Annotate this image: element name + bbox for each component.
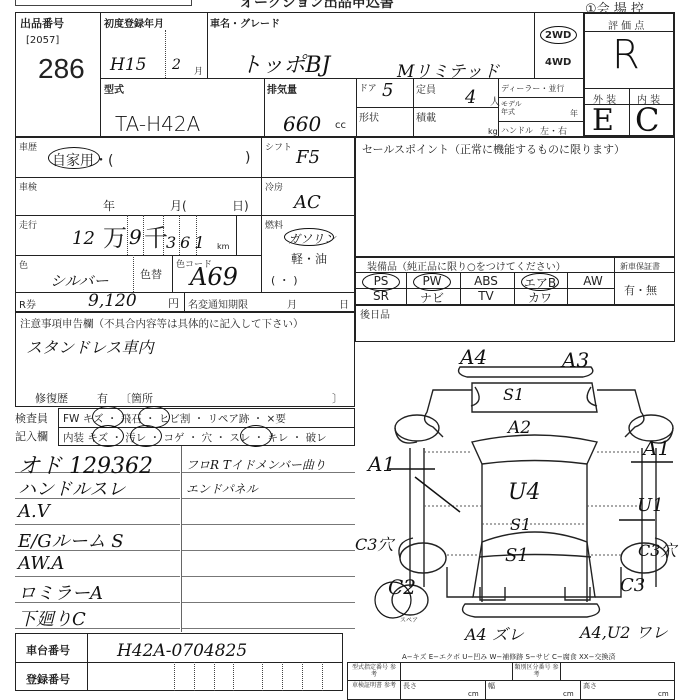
width-label: 幅 [488, 681, 495, 691]
shift-value: F5 [296, 147, 320, 168]
damage-mark: A1 [368, 452, 395, 476]
length-label: 長さ [403, 681, 417, 691]
repaint-label: 色替 [140, 266, 162, 282]
repair-place: 〔箇所 [120, 390, 153, 406]
displacement-unit: cc [335, 120, 346, 131]
model-label: 型式 [104, 81, 124, 96]
comment-rule [182, 602, 355, 603]
recycle-value: 9,120 [88, 291, 137, 311]
equipment-item[interactable]: カワ [517, 289, 563, 306]
circle-int-yogore [130, 425, 162, 447]
damage-mark: A1 [643, 436, 670, 460]
first-reg-year: H15 [110, 55, 146, 75]
displacement-value: 660 [283, 112, 321, 136]
lot-label: 出品番号 [20, 15, 64, 31]
transfer-day: 日 [339, 296, 349, 311]
comment-rule [182, 576, 355, 577]
damage-mark: S1 [510, 515, 531, 534]
load-label: 積載 [416, 109, 436, 124]
recycle-unit: 円 [168, 295, 179, 311]
fuel-paren: ( ・ ) [271, 272, 298, 288]
height-unit: cm [658, 690, 669, 698]
inspector-comment: ロミラーA [18, 579, 103, 605]
score-label: 評 価 点 [608, 17, 644, 32]
damage-mark: A3 [562, 348, 589, 372]
equipment-item[interactable]: AW [570, 274, 616, 288]
equipment-item[interactable]: ABS [463, 274, 509, 288]
handle-label: ハンドル [501, 125, 533, 136]
damage-mark: U4 [508, 480, 541, 505]
comment-rule [15, 524, 180, 525]
repair-has: 有 [97, 390, 108, 406]
comment-rule [182, 550, 355, 551]
color-value: シルバー [50, 270, 109, 291]
top-strip-left [15, 0, 192, 6]
inspector-comment: A.V [18, 501, 50, 522]
ac-label: 冷房 [265, 180, 283, 193]
drive-4wd[interactable]: 4WD [545, 57, 571, 68]
history-circle [48, 147, 100, 169]
model-year-unit: 年 [570, 108, 578, 119]
shape-label: 形状 [359, 109, 379, 124]
transfer-deadline-label: 名変通知期限 [188, 296, 248, 311]
type-number-label: 型式指定番号 参考 [350, 664, 398, 678]
equipment-label: 装備品（純正品に限り○をつけてください） [367, 258, 566, 273]
damage-mark: C3穴 [355, 532, 393, 555]
color-label: 色 [19, 258, 28, 271]
chassis-value: H42A-0704825 [117, 641, 247, 661]
repair-close: 〕 [332, 390, 343, 406]
first-reg-label: 初度登録年月 [104, 15, 164, 30]
inspection-year-unit: 年 [103, 197, 115, 214]
displacement-label: 排気量 [267, 81, 297, 96]
sales-point-label: セールスポイント（正常に機能するものに限ります） [362, 141, 625, 157]
length-unit: cm [468, 690, 479, 698]
inspector-comment: ハンドルスレ [18, 475, 125, 501]
inspector-comment-right: エンドパネル [186, 480, 258, 497]
equipment-item[interactable]: SR [358, 289, 404, 303]
registration-label: 登録番号 [26, 671, 70, 687]
aftermarket-box [355, 305, 675, 342]
handle-options[interactable]: 左・右 [540, 124, 567, 137]
capacity-label: 定員 [416, 81, 436, 96]
comment-rule [182, 524, 355, 525]
mileage-man: 12 [72, 228, 95, 249]
shift-label: シフト [265, 140, 292, 153]
repair-history-label: 修復歴 [35, 390, 68, 406]
circle-int-sure [240, 425, 272, 447]
mileage-man-unit: 万 [103, 218, 127, 253]
fuel-selected-circle [284, 228, 334, 246]
damage-mark: A4,U2 ワレ [580, 620, 668, 643]
history-label: 車歴 [19, 140, 37, 153]
height-label: 高さ [583, 681, 597, 691]
color-code-value: A69 [190, 263, 238, 291]
damage-mark: A4 [460, 345, 487, 369]
aftermarket-label: 後日品 [360, 306, 390, 321]
inspection-day-unit: 日) [232, 197, 249, 214]
damage-mark: U1 [637, 495, 664, 516]
car-name-value: トッポBJ [240, 48, 330, 79]
sheet-title: オークション出品申込書 [240, 0, 394, 12]
inspector-comment: 下廻りC [18, 605, 86, 631]
inspection-label: 車検 [19, 180, 37, 193]
inspector-label-1: 検査員 [15, 410, 48, 426]
damage-mark: C3 [620, 575, 645, 596]
history-close: ) [245, 150, 250, 166]
mileage-label: 走行 [19, 218, 37, 231]
doors-value: 5 [382, 80, 393, 101]
mileage-sen-unit: 千 [144, 218, 168, 253]
damage-legend: A−キズ E−エクボ U−凹み W−補修跡 S−サビ C−腐食 XX−交換済 [402, 652, 615, 662]
recycle-label: R券 [19, 296, 36, 311]
comment-rule [182, 498, 355, 499]
class-number-label: 類別区分番号 参考 [514, 664, 559, 678]
lot-number: 286 [38, 53, 85, 85]
damage-mark: S1 [503, 385, 524, 404]
dealer-label: ディーラー・並行 [501, 83, 564, 94]
exterior-score: E [592, 103, 614, 138]
model-year-label: モデル年式 [501, 100, 526, 116]
car-name-label: 車名・グレード [210, 15, 280, 30]
transfer-month: 月 [287, 296, 297, 311]
fuel-label: 燃料 [265, 218, 283, 231]
interior-score: C [635, 101, 659, 139]
damage-mark: S1 [505, 545, 529, 566]
comment-rule [182, 628, 355, 629]
width-unit: cm [563, 690, 574, 698]
first-reg-month-unit: 月 [194, 64, 203, 77]
inspector-comment: E/Gルーム S [18, 527, 124, 553]
fuel-diesel[interactable]: 軽・油 [291, 250, 327, 267]
damage-mark: C3穴 [638, 538, 676, 561]
inspector-comment: AW.A [18, 553, 64, 574]
circle-int-kizu [92, 425, 124, 447]
mileage-rest: 361 [166, 233, 209, 252]
capacity-value: 4 [465, 87, 476, 108]
damage-mark: A2 [508, 418, 531, 438]
equipment-item[interactable]: ナビ [409, 289, 455, 306]
mileage-sen: 9 [129, 225, 142, 249]
model-value: TA-H42A [115, 112, 200, 136]
notes-value: スタンドレス車内 [26, 335, 154, 358]
score-value: R [612, 32, 640, 78]
doors-label: ドア [359, 81, 377, 94]
damage-mark: C2 [388, 575, 416, 599]
lot-subcode: [2057] [26, 35, 59, 46]
load-unit: kg [488, 127, 498, 136]
mileage-unit: km [217, 242, 229, 251]
first-reg-month: 2 [172, 57, 181, 73]
chassis-label: 車台番号 [26, 642, 70, 658]
comment-rule [15, 576, 180, 577]
inspection-month-unit: 月( [170, 197, 187, 214]
notes-label: 注意事項申告欄（不具合内容等は具体的に記入して下さい） [20, 316, 304, 331]
ac-value: AC [294, 192, 321, 213]
warranty-label: 新車保証書 [620, 261, 660, 272]
damage-mark: A4 ズレ [465, 622, 524, 645]
warranty-options[interactable]: 有・無 [624, 282, 657, 298]
spare-label: スペア [400, 615, 418, 624]
inspector-label-2: 記入欄 [15, 428, 48, 444]
cert-label: 車検証明書 参考 [350, 682, 398, 689]
inspector-comment-right: フロR Tイドメンバー曲り [186, 456, 326, 473]
drive-selected-circle [540, 26, 577, 44]
equipment-item[interactable]: TV [463, 289, 509, 303]
